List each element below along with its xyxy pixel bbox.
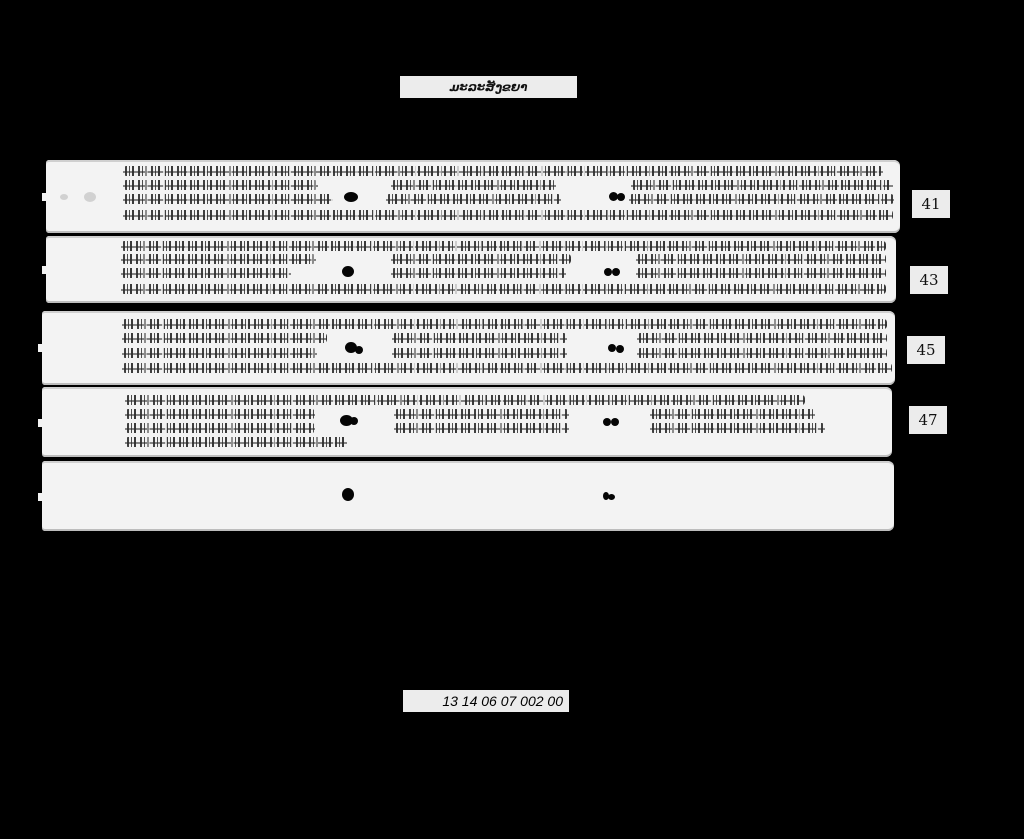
- script-line: [636, 254, 886, 264]
- binding-hole: [342, 488, 354, 501]
- binding-hole: [350, 417, 358, 425]
- script-line: [122, 363, 892, 373]
- binding-hole: [603, 418, 611, 426]
- script-line: [121, 268, 291, 278]
- script-line: [636, 268, 886, 278]
- script-line: [123, 166, 883, 176]
- script-line: [394, 409, 569, 419]
- script-line: [629, 194, 894, 204]
- page-number-41: 41: [912, 190, 950, 218]
- script-line: [123, 210, 893, 220]
- catalog-id-label: 13 14 06 07 002 00: [403, 690, 569, 712]
- script-line: [637, 348, 887, 358]
- binding-hole: [604, 268, 612, 276]
- script-line: [650, 423, 825, 433]
- manuscript-title-label: ມະລະສັງຂຍາ: [400, 76, 577, 98]
- script-line: [394, 423, 569, 433]
- script-line: [123, 180, 318, 190]
- manuscript-leaf-5-blank: [42, 461, 894, 531]
- script-line: [637, 333, 887, 343]
- script-line: [122, 348, 317, 358]
- script-line: [123, 194, 333, 204]
- script-line: [122, 333, 327, 343]
- script-line: [391, 180, 556, 190]
- script-line: [125, 423, 315, 433]
- binding-hole: [608, 494, 615, 500]
- binding-hole: [611, 418, 619, 426]
- page-number-47: 47: [909, 406, 947, 434]
- script-line: [121, 284, 886, 294]
- script-line: [125, 395, 805, 405]
- script-line: [391, 254, 571, 264]
- manuscript-leaf-4: [42, 387, 892, 457]
- script-line: [392, 348, 567, 358]
- script-line: [122, 319, 887, 329]
- stain: [60, 194, 68, 200]
- script-line: [392, 333, 567, 343]
- script-line: [391, 268, 566, 278]
- script-line: [121, 241, 886, 251]
- script-line: [650, 409, 815, 419]
- page-number-45: 45: [907, 336, 945, 364]
- binding-hole: [616, 345, 624, 353]
- manuscript-leaf-2: [46, 236, 896, 303]
- binding-hole: [344, 192, 358, 202]
- script-line: [631, 180, 893, 190]
- manuscript-leaf-3: [42, 311, 895, 385]
- binding-hole: [355, 346, 363, 354]
- script-line: [125, 437, 347, 447]
- binding-hole: [608, 344, 616, 352]
- binding-hole: [342, 266, 354, 277]
- binding-hole: [617, 193, 625, 201]
- binding-hole: [612, 268, 620, 276]
- script-line: [386, 194, 561, 204]
- script-line: [125, 409, 315, 419]
- manuscript-leaf-1: [46, 160, 900, 233]
- page-number-43: 43: [910, 266, 948, 294]
- script-line: [121, 254, 316, 264]
- stain: [84, 192, 96, 202]
